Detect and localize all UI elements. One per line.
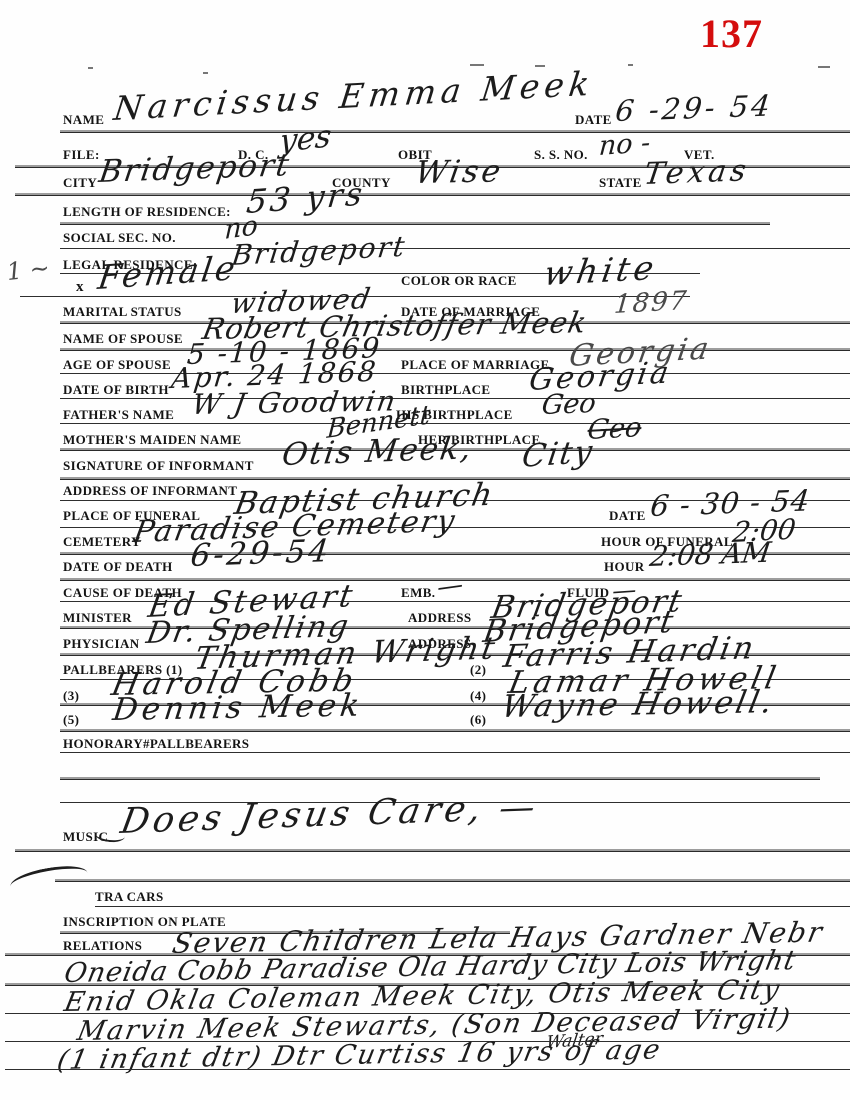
social-sec-label: SOCIAL SEC. NO.	[63, 230, 176, 246]
physician-label: PHYSICIAN	[63, 636, 140, 652]
scan-speck	[203, 72, 208, 74]
pallbearers-2-label: (2)	[470, 662, 486, 678]
date-of-marriage-value: 1897	[613, 288, 689, 318]
scan-speck	[628, 64, 633, 66]
rule	[5, 1069, 850, 1070]
honorary-pallbearers-label: HONORARY#PALLBEARERS	[63, 736, 249, 752]
emb-label: EMB.	[401, 585, 435, 601]
scan-speck	[88, 67, 93, 69]
pallbearers-4-label: (4)	[470, 688, 486, 704]
relations-label: RELATIONS	[63, 938, 142, 954]
sex-label: x	[76, 279, 84, 296]
county-value: Wise	[413, 156, 505, 189]
stray-mark: 1 ~	[5, 256, 50, 284]
state-value: Texas	[642, 156, 752, 190]
pallbearers-6-label: (6)	[470, 712, 486, 728]
rule	[60, 423, 850, 424]
birthplace-label: BIRTHPLACE	[401, 382, 491, 398]
cemetery-label: CEMETERY	[63, 534, 141, 550]
extra-cars-label: TRA CARS	[95, 889, 164, 905]
scan-speck	[818, 66, 830, 68]
date-of-death-label: DATE OF DEATH	[63, 559, 173, 575]
date-of-birth-label: DATE OF BIRTH	[63, 382, 169, 398]
pallbearers-5-label: (5)	[63, 712, 79, 728]
state-label: STATE	[599, 175, 642, 191]
legal-residence-value: Bridgeport	[230, 233, 408, 270]
informant-city-value: City	[520, 437, 596, 473]
rule	[15, 193, 850, 196]
scan-speck	[470, 64, 484, 66]
rule	[60, 130, 850, 133]
rule	[55, 879, 850, 882]
sex-value: Female	[96, 251, 240, 294]
mothers-maiden-name-label: MOTHER'S MAIDEN NAME	[63, 432, 241, 448]
hour-label: HOUR	[604, 559, 645, 575]
funeral-date-label: DATE	[609, 508, 646, 524]
scanned-funeral-record: 137 NAME Narcissus Emma Meek DATE 6 -29-…	[0, 0, 850, 1100]
color-or-race-label: COLOR OR RACE	[401, 273, 517, 289]
signature-of-informant-value: Otis Meek,	[280, 433, 475, 471]
pallbearer-5-value: Dennis Meek	[111, 691, 365, 726]
city-label: CITY	[63, 175, 97, 191]
place-of-marriage-label: PLACE OF MARRIAGE	[401, 357, 550, 373]
ssn-value: no -	[598, 129, 651, 160]
music-value: Does Jesus Care, —	[118, 790, 542, 840]
length-of-residence-label: LENGTH OF RESIDENCE:	[63, 204, 231, 220]
minister-address-label: ADDRESS	[408, 610, 471, 626]
pallbearers-3-label: (3)	[63, 688, 79, 704]
pallbearer-6-value: Wayne Howell.	[499, 687, 778, 723]
rule	[60, 398, 850, 399]
rule	[15, 849, 850, 852]
color-or-race-value: white	[542, 251, 660, 290]
minister-label: MINISTER	[63, 610, 132, 626]
signature-of-informant-label: SIGNATURE OF INFORMANT	[63, 458, 254, 474]
fathers-name-label: FATHER'S NAME	[63, 407, 174, 423]
rule	[60, 348, 850, 351]
rule	[60, 729, 850, 732]
date-of-death-value: 6-29-54	[189, 536, 333, 572]
date-label: DATE	[575, 112, 612, 128]
rule	[60, 248, 850, 249]
name-value: Narcissus Emma Meek	[112, 67, 596, 125]
rule	[60, 222, 770, 225]
hour-value: 2:08 AM	[648, 539, 773, 571]
name-of-spouse-label: NAME OF SPOUSE	[63, 331, 183, 347]
emb-mark: —	[435, 572, 464, 601]
length-of-residence-value: 53 yrs	[245, 177, 367, 218]
page-number: 137	[700, 10, 763, 57]
date-value: 6 -29- 54	[614, 91, 774, 126]
ssn-label: S. S. NO.	[534, 147, 588, 163]
file-label: FILE:	[63, 147, 100, 163]
rule	[95, 906, 850, 907]
marital-status-label: MARITAL STATUS	[63, 304, 182, 320]
age-of-spouse-label: AGE OF SPOUSE	[63, 357, 171, 373]
rule	[60, 777, 820, 780]
rule	[60, 752, 850, 753]
name-label: NAME	[63, 112, 104, 128]
address-of-informant-label: ADDRESS OF INFORMANT	[63, 483, 237, 499]
